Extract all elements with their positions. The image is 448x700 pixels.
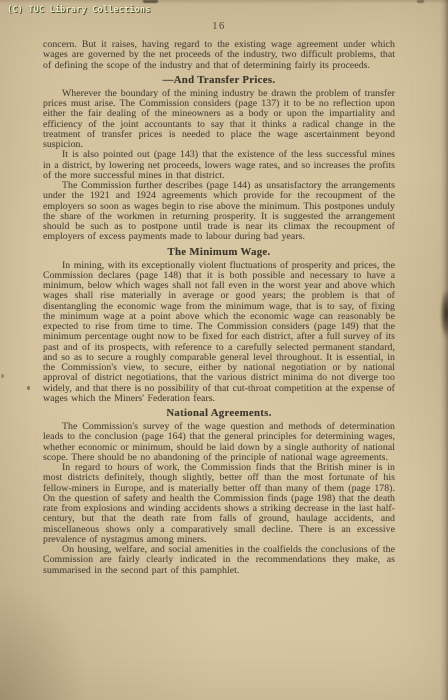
paragraph: Wherever the boundary of the mining indu… [43,89,395,151]
paragraph: In mining, with its exceptionally violen… [43,261,395,405]
paragraph: The Commission further describes (page 1… [43,181,395,243]
right-edge-smudge [435,281,448,359]
page-content: concern. But it raises, having regard to… [43,40,395,576]
scanned-page: (C) TUC Library Collections 16 concern. … [0,0,448,700]
section-heading: National Agreements. [43,408,395,419]
section-heading: —And Transfer Prices. [43,75,395,86]
paragraph: On housing, welfare, and social amenitie… [43,545,395,576]
top-right-scan-artifact [417,0,424,3]
paragraph: It is also pointed out (page 143) that t… [43,150,395,181]
page-number: 16 [43,21,395,32]
page-body: 16 concern. But it raises, having regard… [43,0,395,576]
section-heading: The Minimum Wage. [43,247,395,258]
paragraph: In regard to hours of work, the Commissi… [43,463,395,545]
paragraph: concern. But it raises, having regard to… [43,40,395,71]
bottom-left-corner-shadow [0,580,90,700]
page-right-edge-shadow [440,0,448,700]
left-edge-speck [1,374,4,378]
margin-speck [27,386,30,390]
paragraph: The Commission's survey of the wage ques… [43,422,395,463]
